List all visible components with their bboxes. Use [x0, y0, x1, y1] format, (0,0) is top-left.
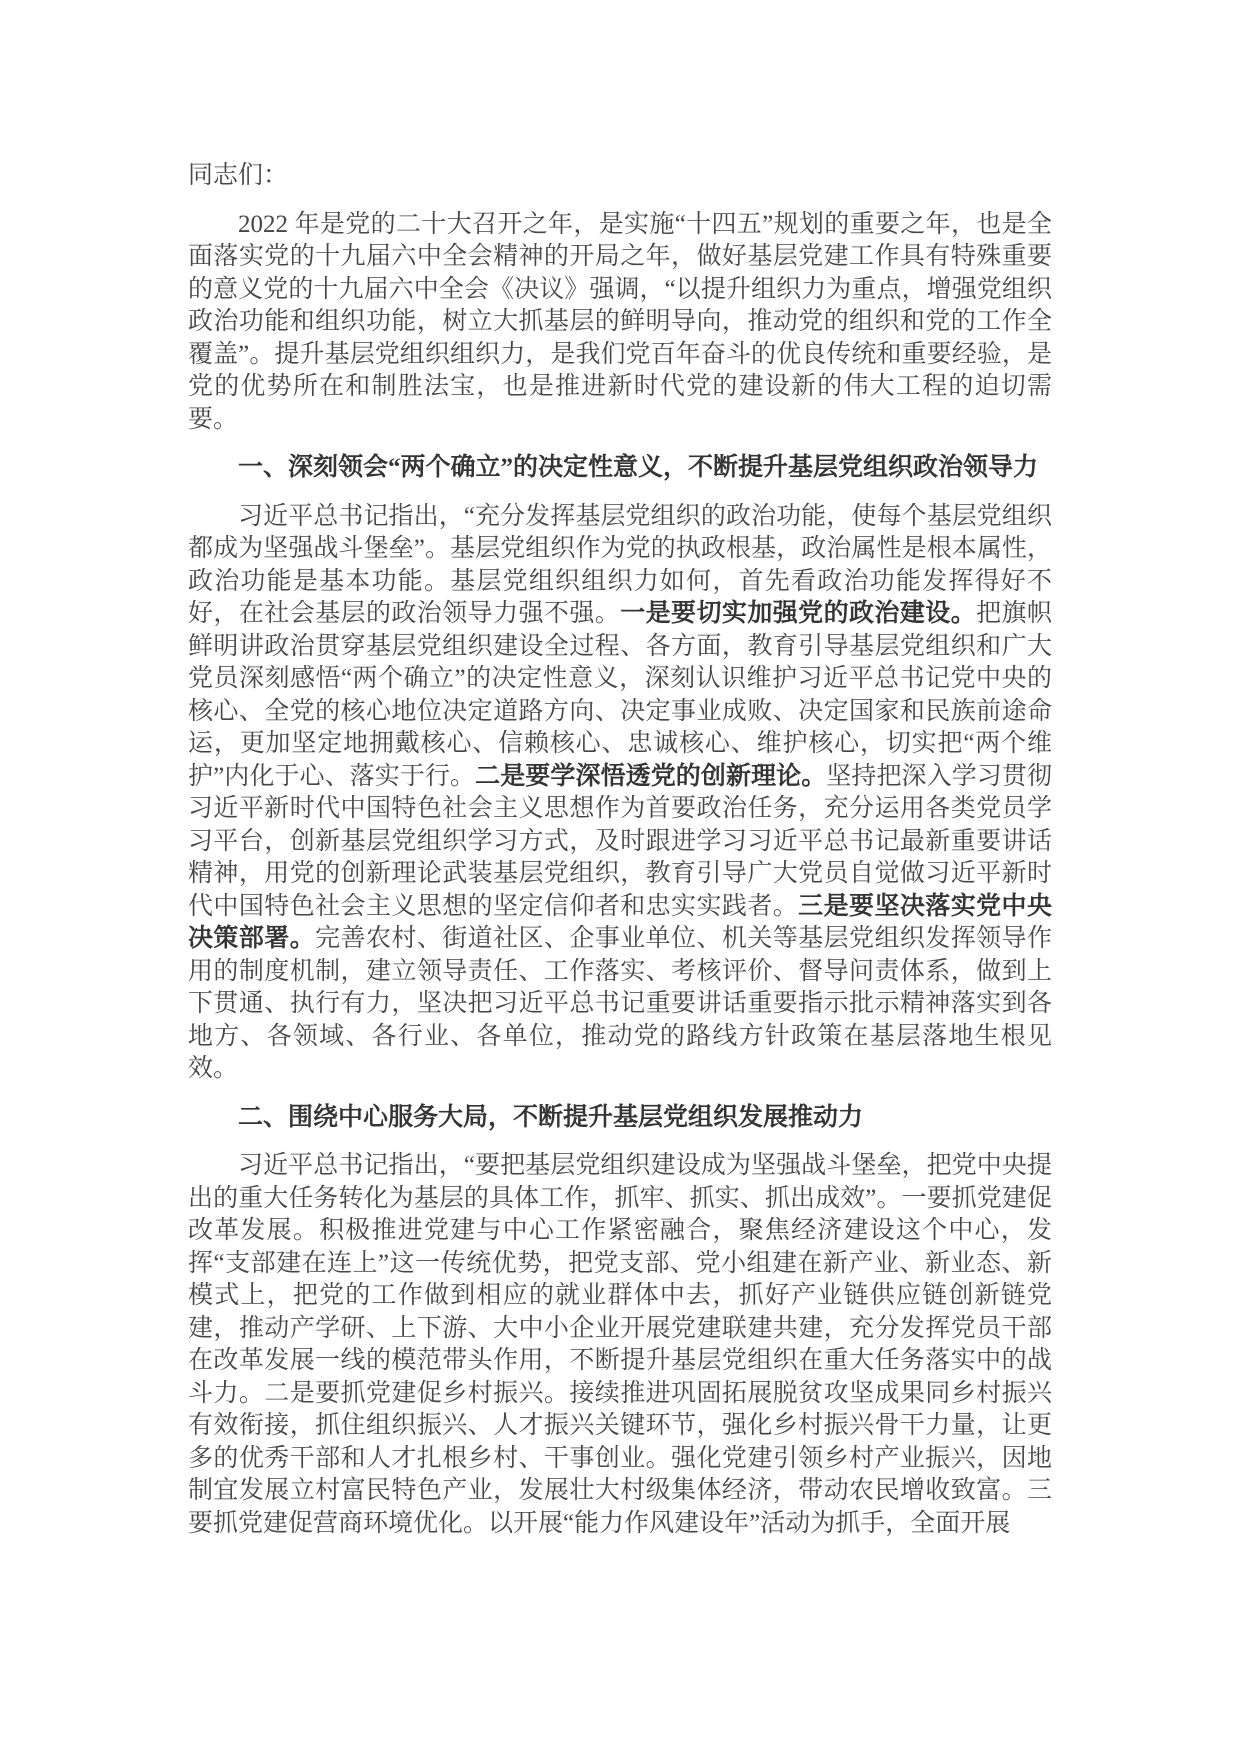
salutation: 同志们： [188, 160, 1052, 193]
bold-text-run: 一、深刻领会“两个确立”的决定性意义，不断提升基层党组织政治领导力 [238, 454, 1038, 481]
text-run: 把旗帜鲜明讲政治贯穿基层党组织建设全过程、各方面，教育引导基层党组织和广大党员深… [188, 600, 1052, 790]
text-run: 完善农村、街道社区、企事业单位、机关等基层党组织发挥领导作用的制度机制，建立领导… [188, 925, 1052, 1082]
section-heading: 二、围绕中心服务大局，不断提升基层党组织发展推动力 [188, 1102, 1052, 1135]
body-paragraph: 习近平总书记指出，“要把基层党组织建设成为坚强战斗堡垒，把党中央提出的重大任务转… [188, 1150, 1052, 1540]
document-body: 2022 年是党的二十大召开之年，是实施“十四五”规划的重要之年，也是全面落实党… [188, 209, 1052, 1541]
bold-text-run: 二、围绕中心服务大局，不断提升基层党组织发展推动力 [238, 1104, 863, 1131]
body-paragraph: 2022 年是党的二十大召开之年，是实施“十四五”规划的重要之年，也是全面落实党… [188, 209, 1052, 437]
bold-text-run: 二是要学深悟透党的创新理论。 [475, 763, 826, 790]
bold-text-run: 一是要切实加强党的政治建设。 [620, 600, 976, 627]
body-paragraph: 习近平总书记指出，“充分发挥基层党组织的政治功能，使每个基层党组织都成为坚强战斗… [188, 501, 1052, 1086]
document-page: 同志们： 2022 年是党的二十大召开之年，是实施“十四五”规划的重要之年，也是… [0, 0, 1240, 1754]
section-heading: 一、深刻领会“两个确立”的决定性意义，不断提升基层党组织政治领导力 [188, 452, 1052, 485]
text-run: 习近平总书记指出，“要把基层党组织建设成为坚强战斗堡垒，把党中央提出的重大任务转… [188, 1152, 1052, 1537]
text-run: 2022 年是党的二十大召开之年，是实施“十四五”规划的重要之年，也是全面落实党… [188, 211, 1052, 433]
